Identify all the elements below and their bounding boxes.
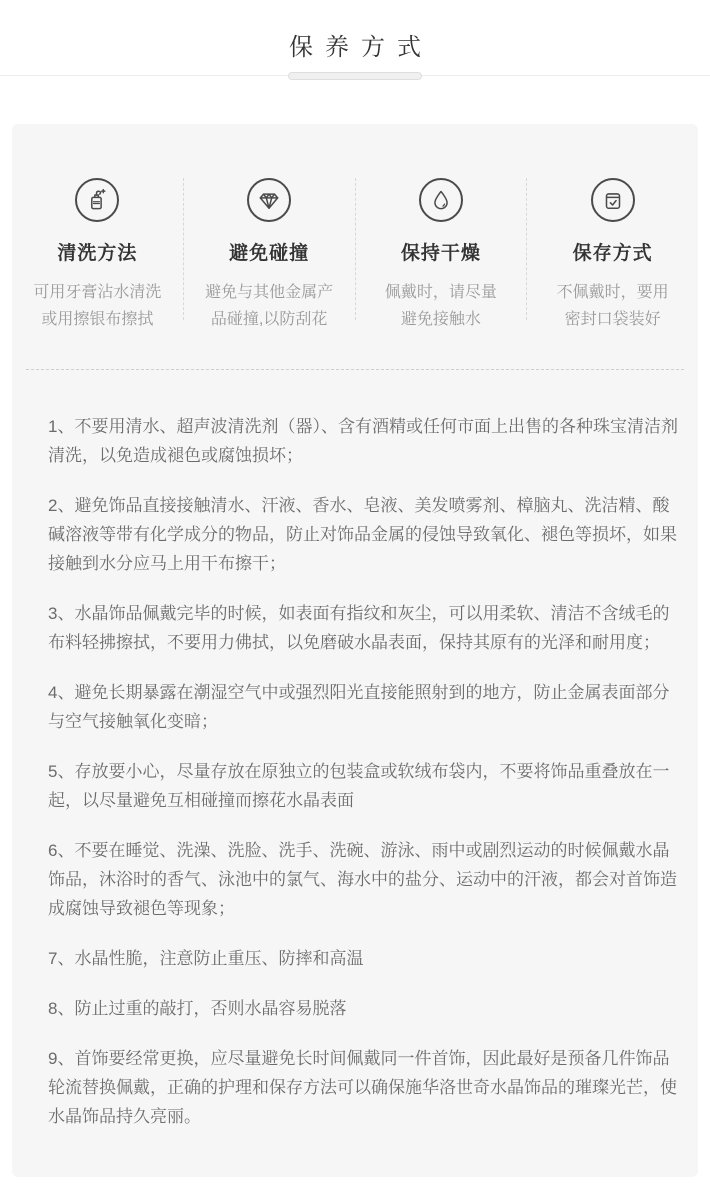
care-item-7: 7、水晶性脆，注意防止重压、防摔和高温 [48, 944, 678, 973]
care-item-5: 5、存放要小心，尽量存放在原独立的包装盒或软绒布袋内，不要将饰品重叠放在一起，以… [48, 757, 678, 815]
care-instruction-list: 1、不要用清水、超声波清洗剂（器）、含有酒精或任何市面上出售的各种珠宝清洁剂清洗… [12, 370, 698, 1177]
page-title: 保养方式 [277, 27, 433, 62]
feature-storage: 保存方式 不佩戴时，要用 密封口袋装好 [527, 178, 698, 333]
feature-cleaning: 清洗方法 可用牙膏沾水清洗 或用擦银布擦拭 [12, 178, 183, 333]
care-item-1: 1、不要用清水、超声波清洗剂（器）、含有酒精或任何市面上出售的各种珠宝清洁剂清洗… [48, 412, 678, 470]
care-item-8: 8、防止过重的敲打，否则水晶容易脱落 [48, 994, 678, 1023]
care-item-2: 2、避免饰品直接接触清水、汗液、香水、皂液、美发喷雾剂、樟脑丸、洗洁精、酸碱溶液… [48, 491, 678, 578]
section-header: 保养方式 [0, 0, 710, 76]
feature-title: 避免碰撞 [184, 238, 355, 265]
feature-title: 清洗方法 [12, 238, 183, 265]
care-item-6: 6、不要在睡觉、洗澡、洗脸、洗手、洗碗、游泳、雨中或剧烈运动的时候佩戴水晶饰品，… [48, 836, 678, 923]
care-item-3: 3、水晶饰品佩戴完毕的时候，如表面有指纹和灰尘，可以用柔软、清洁不含绒毛的布料轻… [48, 599, 678, 657]
feature-keep-dry: 保持干燥 佩戴时，请尽量 避免接触水 [356, 178, 527, 333]
sealed-bag-check-icon [591, 178, 635, 222]
feature-row: 清洗方法 可用牙膏沾水清洗 或用擦银布擦拭 避免碰撞 避免与其他金属产 品碰撞,… [12, 124, 698, 369]
feature-desc: 可用牙膏沾水清洗 或用擦银布擦拭 [12, 279, 183, 333]
header-divider-pill [288, 72, 422, 80]
care-item-9: 9、首饰要经常更换，应尽量避免长时间佩戴同一件首饰，因此最好是预备几件饰品轮流替… [48, 1044, 678, 1131]
feature-title: 保存方式 [527, 238, 698, 265]
feature-title: 保持干燥 [356, 238, 527, 265]
care-card: 清洗方法 可用牙膏沾水清洗 或用擦银布擦拭 避免碰撞 避免与其他金属产 品碰撞,… [12, 124, 698, 1177]
feature-desc: 不佩戴时，要用 密封口袋装好 [527, 279, 698, 333]
water-drop-icon [419, 178, 463, 222]
feature-desc: 佩戴时，请尽量 避免接触水 [356, 279, 527, 333]
diamond-icon [247, 178, 291, 222]
cleaning-bottle-icon [75, 178, 119, 222]
feature-desc: 避免与其他金属产 品碰撞,以防刮花 [184, 279, 355, 333]
care-item-4: 4、避免长期暴露在潮湿空气中或强烈阳光直接能照射到的地方，防止金属表面部分与空气… [48, 678, 678, 736]
feature-avoid-collision: 避免碰撞 避免与其他金属产 品碰撞,以防刮花 [184, 178, 355, 333]
